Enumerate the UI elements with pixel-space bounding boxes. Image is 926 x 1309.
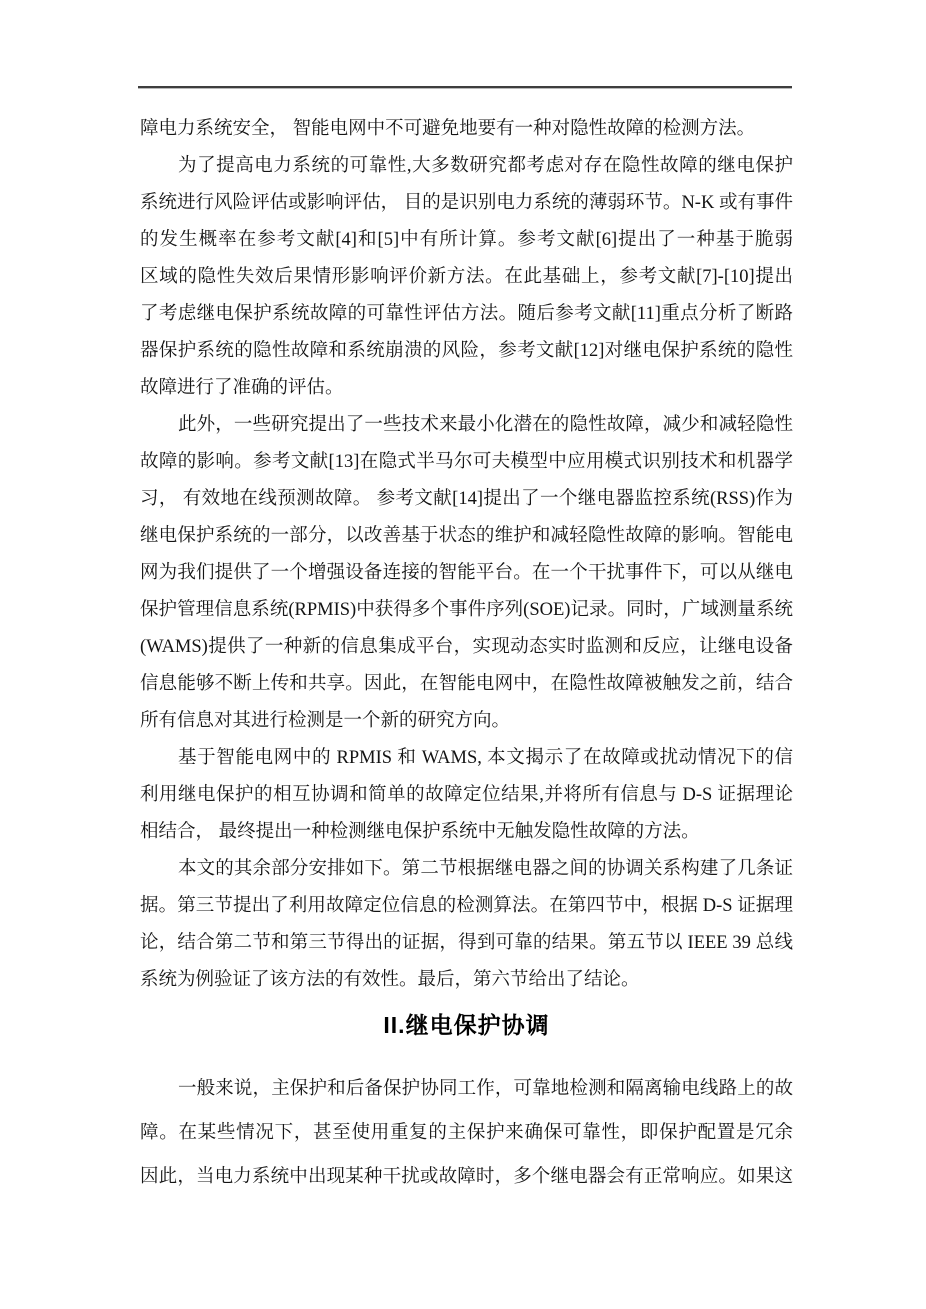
text-line: 本文的其余部分安排如下。第二节根据继电器之间的协调关系构建了几条证 <box>140 851 793 888</box>
text-line: (WAMS)提供了一种新的信息集成平台，实现动态实时监测和反应，让继电设备的 <box>140 629 793 666</box>
text-line: 基于智能电网中的 RPMIS 和 WAMS, 本文揭示了在故障或扰动情况下的信息… <box>140 740 793 777</box>
text-line: 习， 有效地在线预测故障。 参考文献[14]提出了一个继电器监控系统(RSS)作… <box>140 481 793 518</box>
text-line: 系统为例验证了该方法的有效性。最后，第六节给出了结论。 <box>140 962 793 999</box>
text-line: 据。第三节提出了利用故障定位信息的检测算法。在第四节中，根据 D-S 证据理 <box>140 888 793 925</box>
text-line: 一般来说，主保护和后备保护协同工作，可靠地检测和隔离输电线路上的故 <box>140 1067 793 1111</box>
text-line: 故障的影响。参考文献[13]在隐式半马尔可夫模型中应用模式识别技术和机器学 <box>140 444 793 481</box>
text-line: 继电保护系统的一部分，以改善基于状态的维护和减轻隐性故障的影响。智能电 <box>140 518 793 555</box>
body-text: 障电力系统安全， 智能电网中不可避免地要有一种对隐性故障的检测方法。为了提高电力… <box>140 111 793 1199</box>
text-line: 障电力系统安全， 智能电网中不可避免地要有一种对隐性故障的检测方法。 <box>140 111 793 148</box>
text-line: 论，结合第二节和第三节得出的证据，得到可靠的结果。第五节以 IEEE 39 总线 <box>140 925 793 962</box>
text-line: 了考虑继电保护系统故障的可靠性评估方法。随后参考文献[11]重点分析了断路 <box>140 296 793 333</box>
document-page: 障电力系统安全， 智能电网中不可避免地要有一种对隐性故障的检测方法。为了提高电力… <box>0 0 926 1309</box>
text-line: 所有信息对其进行检测是一个新的研究方向。 <box>140 703 793 740</box>
text-line: 故障进行了准确的评估。 <box>140 370 793 407</box>
text-line: 系统进行风险评估或影响评估， 目的是识别电力系统的薄弱环节。N-K 或有事件 <box>140 185 793 222</box>
text-line: 为了提高电力系统的可靠性,大多数研究都考虑对存在隐性故障的继电保护 <box>140 148 793 185</box>
text-line: 保护管理信息系统(RPMIS)中获得多个事件序列(SOE)记录。同时，广域测量系… <box>140 592 793 629</box>
text-line: 利用继电保护的相互协调和简单的故障定位结果,并将所有信息与 D-S 证据理论 <box>140 777 793 814</box>
text-line: 的发生概率在参考文献[4]和[5]中有所计算。参考文献[6]提出了一种基于脆弱 <box>140 222 793 259</box>
text-line: 区域的隐性失效后果情形影响评价新方法。在此基础上，参考文献[7]-[10]提出 <box>140 259 793 296</box>
text-line: 信息能够不断上传和共享。因此，在智能电网中，在隐性故障被触发之前，结合 <box>140 666 793 703</box>
text-line: 此外，一些研究提出了一些技术来最小化潜在的隐性故障，减少和减轻隐性 <box>140 407 793 444</box>
section-heading: II.继电保护协调 <box>140 1005 793 1045</box>
text-line: 网为我们提供了一个增强设备连接的智能平台。在一个干扰事件下，可以从继电 <box>140 555 793 592</box>
text-line: 障。在某些情况下，甚至使用重复的主保护来确保可靠性，即保护配置是冗余的。 <box>140 1111 793 1155</box>
text-line: 器保护系统的隐性故障和系统崩溃的风险，参考文献[12]对继电保护系统的隐性 <box>140 333 793 370</box>
header-rule <box>138 86 792 88</box>
text-line: 相结合， 最终提出一种检测继电保护系统中无触发隐性故障的方法。 <box>140 814 793 851</box>
text-line: 因此，当电力系统中出现某种干扰或故障时，多个继电器会有正常响应。如果这 <box>140 1155 793 1199</box>
